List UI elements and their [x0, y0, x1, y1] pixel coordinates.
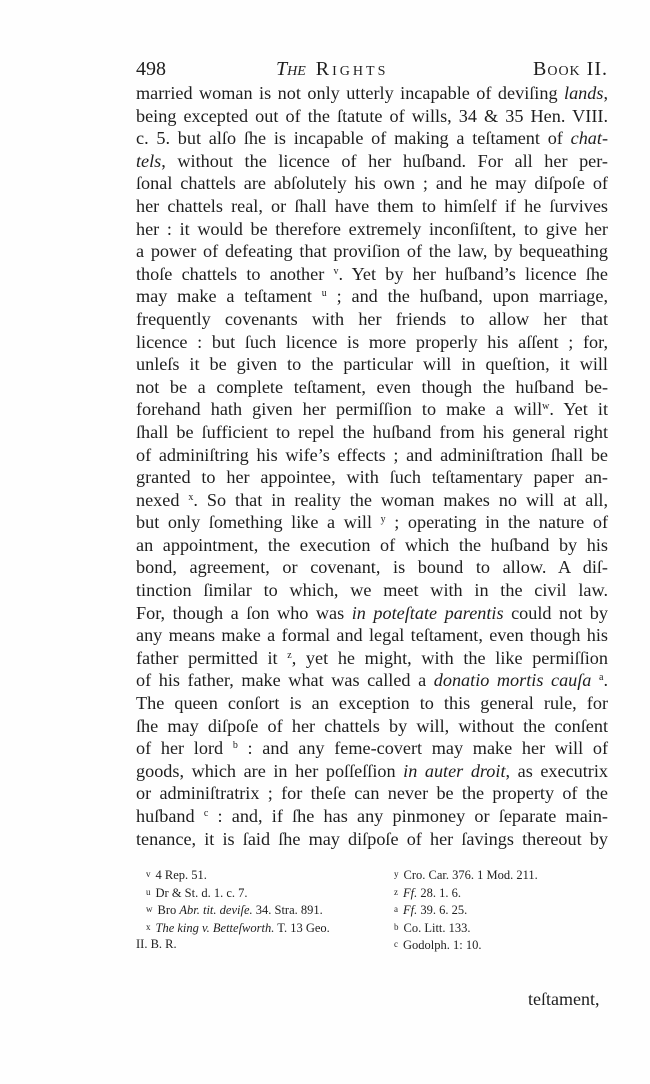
running-title: TheRights: [276, 56, 388, 82]
text-line: granted to her appointee, with ſuch teſt…: [136, 466, 608, 489]
text-line: The queen conſort is an exception to thi…: [136, 692, 608, 715]
footnote-mark: z: [394, 887, 398, 897]
text-line: licence : but ſuch licence is more prope…: [136, 331, 608, 354]
text-line: goods, which are in her poſſeſſion in au…: [136, 760, 608, 783]
footnote: yCro. Car. 376. 1 Mod. 211.: [394, 866, 624, 884]
page-number: 498: [136, 56, 166, 82]
footnote-reference: x: [188, 492, 193, 503]
footnote: cGodolph. 1: 10.: [394, 936, 624, 954]
text-line: bond, agreement, or covenant, is bound t…: [136, 556, 608, 579]
footnote-mark: x: [146, 922, 151, 932]
running-title-main: Rights: [316, 58, 389, 80]
book-page: 498 TheRights Book II. married woman is …: [0, 0, 650, 1084]
text-line: tenance, it is ſaid ſhe may diſpoſe of h…: [136, 828, 608, 851]
text-line: c. 5. but alſo ſhe is incapable of makin…: [136, 127, 608, 150]
text-line: of her lord b : and any feme-covert may …: [136, 737, 608, 760]
footnote-mark: a: [394, 904, 398, 914]
footnote-mark: u: [146, 887, 151, 897]
footnote-reference: v: [334, 266, 339, 277]
text-line: a power of defeating that proviſion of t…: [136, 240, 608, 263]
text-line: ſonal chattels are abſolutely his own ; …: [136, 172, 608, 195]
footnote: aFf. 39. 6. 25.: [394, 901, 624, 919]
footnote-reference: w: [542, 401, 549, 412]
text-line: ſhe may diſpoſe of her chattels by will,…: [136, 715, 608, 738]
footnotes-right-column: yCro. Car. 376. 1 Mod. 211.zFf. 28. 1. 6…: [394, 866, 624, 954]
text-line: nexed x. So that in reality the woman ma…: [136, 489, 608, 512]
text-line: an appointment, the execution of which t…: [136, 534, 608, 557]
catchword: teſtament,: [528, 988, 599, 1010]
footnote-italic: Abr. tit. deviſe.: [179, 903, 252, 917]
footnote: II. B. R.: [136, 936, 386, 954]
footnotes-left-column: v4 Rep. 51.uDr & St. d. 1. c. 7.wBro Abr…: [146, 866, 386, 954]
text-line: any means make a formal and legal teſtam…: [136, 624, 608, 647]
italic-text: lands: [564, 83, 603, 103]
footnote-italic: The king v. Betteſworth.: [156, 921, 275, 935]
footnote-reference: c: [204, 808, 208, 819]
footnote-mark: y: [394, 869, 399, 879]
text-line: may make a teſtament u ; and the huſband…: [136, 285, 608, 308]
footnote: zFf. 28. 1. 6.: [394, 884, 624, 902]
text-line: huſband c : and, if ſhe has any pinmoney…: [136, 805, 608, 828]
text-line: her chattels real, or ſhall have them to…: [136, 195, 608, 218]
footnote-reference: a: [599, 672, 603, 683]
footnote-reference: z: [287, 650, 291, 661]
book-number: Book II.: [533, 56, 608, 82]
footnote-italic: Ff.: [403, 886, 417, 900]
footnote-italic: Ff.: [403, 903, 417, 917]
text-line: her : it would be therefore extremely in…: [136, 218, 608, 241]
italic-text: in poteſtate parentis: [352, 603, 504, 623]
text-line: of adminiſtring his wife’s effects ; and…: [136, 444, 608, 467]
text-line: of his father, make what was called a do…: [136, 669, 608, 692]
text-line: For, though a ſon who was in poteſtate p…: [136, 602, 608, 625]
footnote-reference: u: [322, 288, 327, 299]
text-line: forehand hath given her permiſſion to ma…: [136, 398, 608, 421]
text-line: being excepted out of the ſtatute of wil…: [136, 105, 608, 128]
text-line: unleſs it be given to the particular wil…: [136, 353, 608, 376]
text-line: frequently covenants with her friends to…: [136, 308, 608, 331]
footnote-mark: v: [146, 869, 151, 879]
text-line: but only ſomething like a will y ; opera…: [136, 511, 608, 534]
footnote: bCo. Litt. 133.: [394, 919, 624, 937]
footnote: v4 Rep. 51.: [146, 866, 386, 884]
text-line: not be a complete teſtament, even though…: [136, 376, 608, 399]
text-line: thoſe chattels to another v. Yet by her …: [136, 263, 608, 286]
text-line: or adminiſtratrix ; for theſe can never …: [136, 782, 608, 805]
footnote: uDr & St. d. 1. c. 7.: [146, 884, 386, 902]
body-text: married woman is not only utterly incapa…: [136, 82, 608, 850]
footnote: xThe king v. Betteſworth. T. 13 Geo.: [146, 919, 386, 937]
text-line: married woman is not only utterly incapa…: [136, 82, 608, 105]
italic-text: tels: [136, 151, 161, 171]
running-header: 498 TheRights Book II.: [136, 56, 608, 82]
text-line: father permitted it z, yet he might, wit…: [136, 647, 608, 670]
text-line: ſhall be ſufficient to repel the huſband…: [136, 421, 608, 444]
text-line: tels, without the licence of her huſband…: [136, 150, 608, 173]
italic-text: donatio mortis cauſa: [434, 670, 592, 690]
footnote-reference: y: [381, 514, 386, 525]
running-title-prefix: The: [276, 58, 306, 80]
footnote-mark: c: [394, 939, 398, 949]
footnote-mark: w: [146, 904, 153, 914]
footnote-mark: b: [394, 922, 399, 932]
text-line: tinction ſimilar to which, we meet with …: [136, 579, 608, 602]
footnote: wBro Abr. tit. deviſe. 34. Stra. 891.: [146, 901, 386, 919]
footnote-reference: b: [233, 740, 238, 751]
italic-text: chat-: [571, 128, 608, 148]
italic-text: in auter droit: [403, 761, 505, 781]
